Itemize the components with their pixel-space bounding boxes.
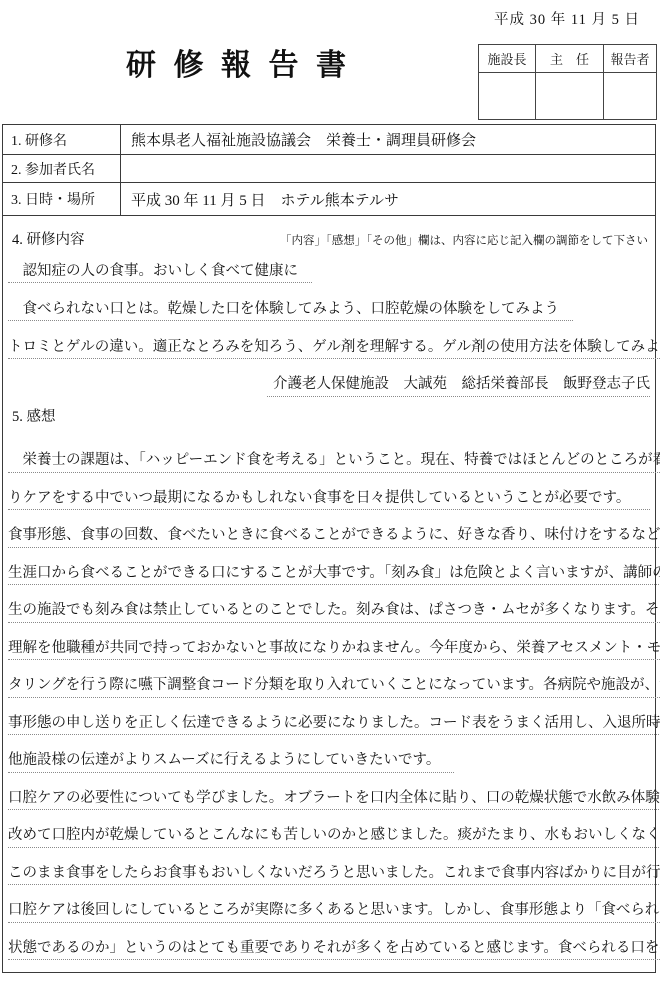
section-4-note: 「内容」「感想」「その他」欄は、内容に応じ記入欄の調節をして下さい xyxy=(280,232,650,248)
impression-line: 生の施設でも刻み食は禁止しているとのことでした。刻み食は、ぱさつき・ムセが多くな… xyxy=(8,585,650,623)
content-line: 食べられない口とは。乾燥した口を体験してみよう、口腔乾燥の体験をしてみよう xyxy=(8,283,650,321)
impression-line: このまま食事をしたらお食事もおいしくないだろうと思いました。これまで食事内容ばか… xyxy=(8,848,650,886)
stamp-blank-row xyxy=(479,73,657,120)
participant-name-label: 2. 参加者氏名 xyxy=(3,155,121,182)
section-4-label: 4. 研修内容 xyxy=(8,228,85,249)
impression-line: 口腔ケアは後回しにしているところが実際に多くあると思います。しかし、食事形態より… xyxy=(8,885,650,923)
form-row-training-name: 1. 研修名 熊本県老人福祉施設協議会 栄養士・調理員研修会 xyxy=(3,125,655,155)
stamp-cell-chief xyxy=(536,73,604,120)
lecturer-line: 介護老人保健施設 大誠苑 総括栄養部長 飯野登志子氏 xyxy=(8,359,650,397)
section-4-header: 4. 研修内容 「内容」「感想」「その他」欄は、内容に応じ記入欄の調節をして下さ… xyxy=(8,216,650,250)
content-line: トロミとゲルの違い。適正なとろみを知ろう、ゲル剤を理解する。ゲル剤の使用方法を体… xyxy=(8,321,650,359)
training-report-document: 平成 30 年 11 月 5 日 研 修 報 告 書 施設長 主 任 報告者 1… xyxy=(0,0,660,988)
stamp-column-facility-director: 施設長 xyxy=(479,45,536,73)
stamp-header-row: 施設長 主 任 報告者 xyxy=(479,45,657,73)
impression-line: 事形態の申し送りを正しく伝達できるように必要になりました。コード表をうまく活用し… xyxy=(8,698,650,736)
document-date: 平成 30 年 11 月 5 日 xyxy=(494,8,640,29)
training-name-label: 1. 研修名 xyxy=(3,125,121,154)
stamp-column-reporter: 報告者 xyxy=(604,45,657,73)
impression-line: タリングを行う際に嚥下調整食コード分類を取り入れていくことになっています。各病院… xyxy=(8,660,650,698)
impression-line: 栄養士の課題は、「ハッピーエンド食を考える」ということ。現在、特養ではほとんどの… xyxy=(8,427,650,473)
stamp-cell-facility-director xyxy=(479,73,536,120)
impression-line: 理解を他職種が共同で持っておかないと事故になりかねません。今年度から、栄養アセス… xyxy=(8,623,650,661)
impression-line: りケアをする中でいつ最期になるかもしれない食事を日々提供しているということが必要… xyxy=(8,473,650,511)
date-place-label: 3. 日時・場所 xyxy=(3,183,121,215)
impression-line: 食事形態、食事の回数、食べたいときに食べることができるように、好きな香り、味付け… xyxy=(8,510,650,548)
impression-line: 生涯口から食べることができる口にすることが大事です。「刻み食」は危険とよく言いま… xyxy=(8,548,650,586)
date-place-value: 平成 30 年 11 月 5 日 ホテル熊本テルサ xyxy=(121,189,655,210)
free-text-area: 4. 研修内容 「内容」「感想」「その他」欄は、内容に応じ記入欄の調節をして下さ… xyxy=(3,216,655,960)
stamp-column-chief: 主 任 xyxy=(536,45,604,73)
impression-line: 他施設様の伝達がよりスムーズに行えるようにしていきたいです。 xyxy=(8,735,650,773)
section-5-label: 5. 感想 xyxy=(8,405,650,427)
impression-line: 口腔ケアの必要性についても学びました。オブラートを口内全体に貼り、口の乾燥状態で… xyxy=(8,773,650,811)
content-line: 認知症の人の食事。おいしく食べて健康に xyxy=(8,250,650,283)
form-row-participant-name: 2. 参加者氏名 xyxy=(3,155,655,183)
training-name-value: 熊本県老人福祉施設協議会 栄養士・調理員研修会 xyxy=(121,129,655,150)
impression-line: 状態であるのか」というのはとても重要でありそれが多くを占めていると感じます。食べ… xyxy=(8,923,650,961)
stamp-cell-reporter xyxy=(604,73,657,120)
form-row-date-place: 3. 日時・場所 平成 30 年 11 月 5 日 ホテル熊本テルサ xyxy=(3,183,655,216)
approval-stamp-table: 施設長 主 任 報告者 xyxy=(478,44,657,120)
page-title: 研 修 報 告 書 xyxy=(126,40,351,84)
impression-line: 改めて口腔内が乾燥しているとこんなにも苦しいのかと感じました。痰がたまり、水もお… xyxy=(8,810,650,848)
report-form: 1. 研修名 熊本県老人福祉施設協議会 栄養士・調理員研修会 2. 参加者氏名 … xyxy=(2,124,656,973)
